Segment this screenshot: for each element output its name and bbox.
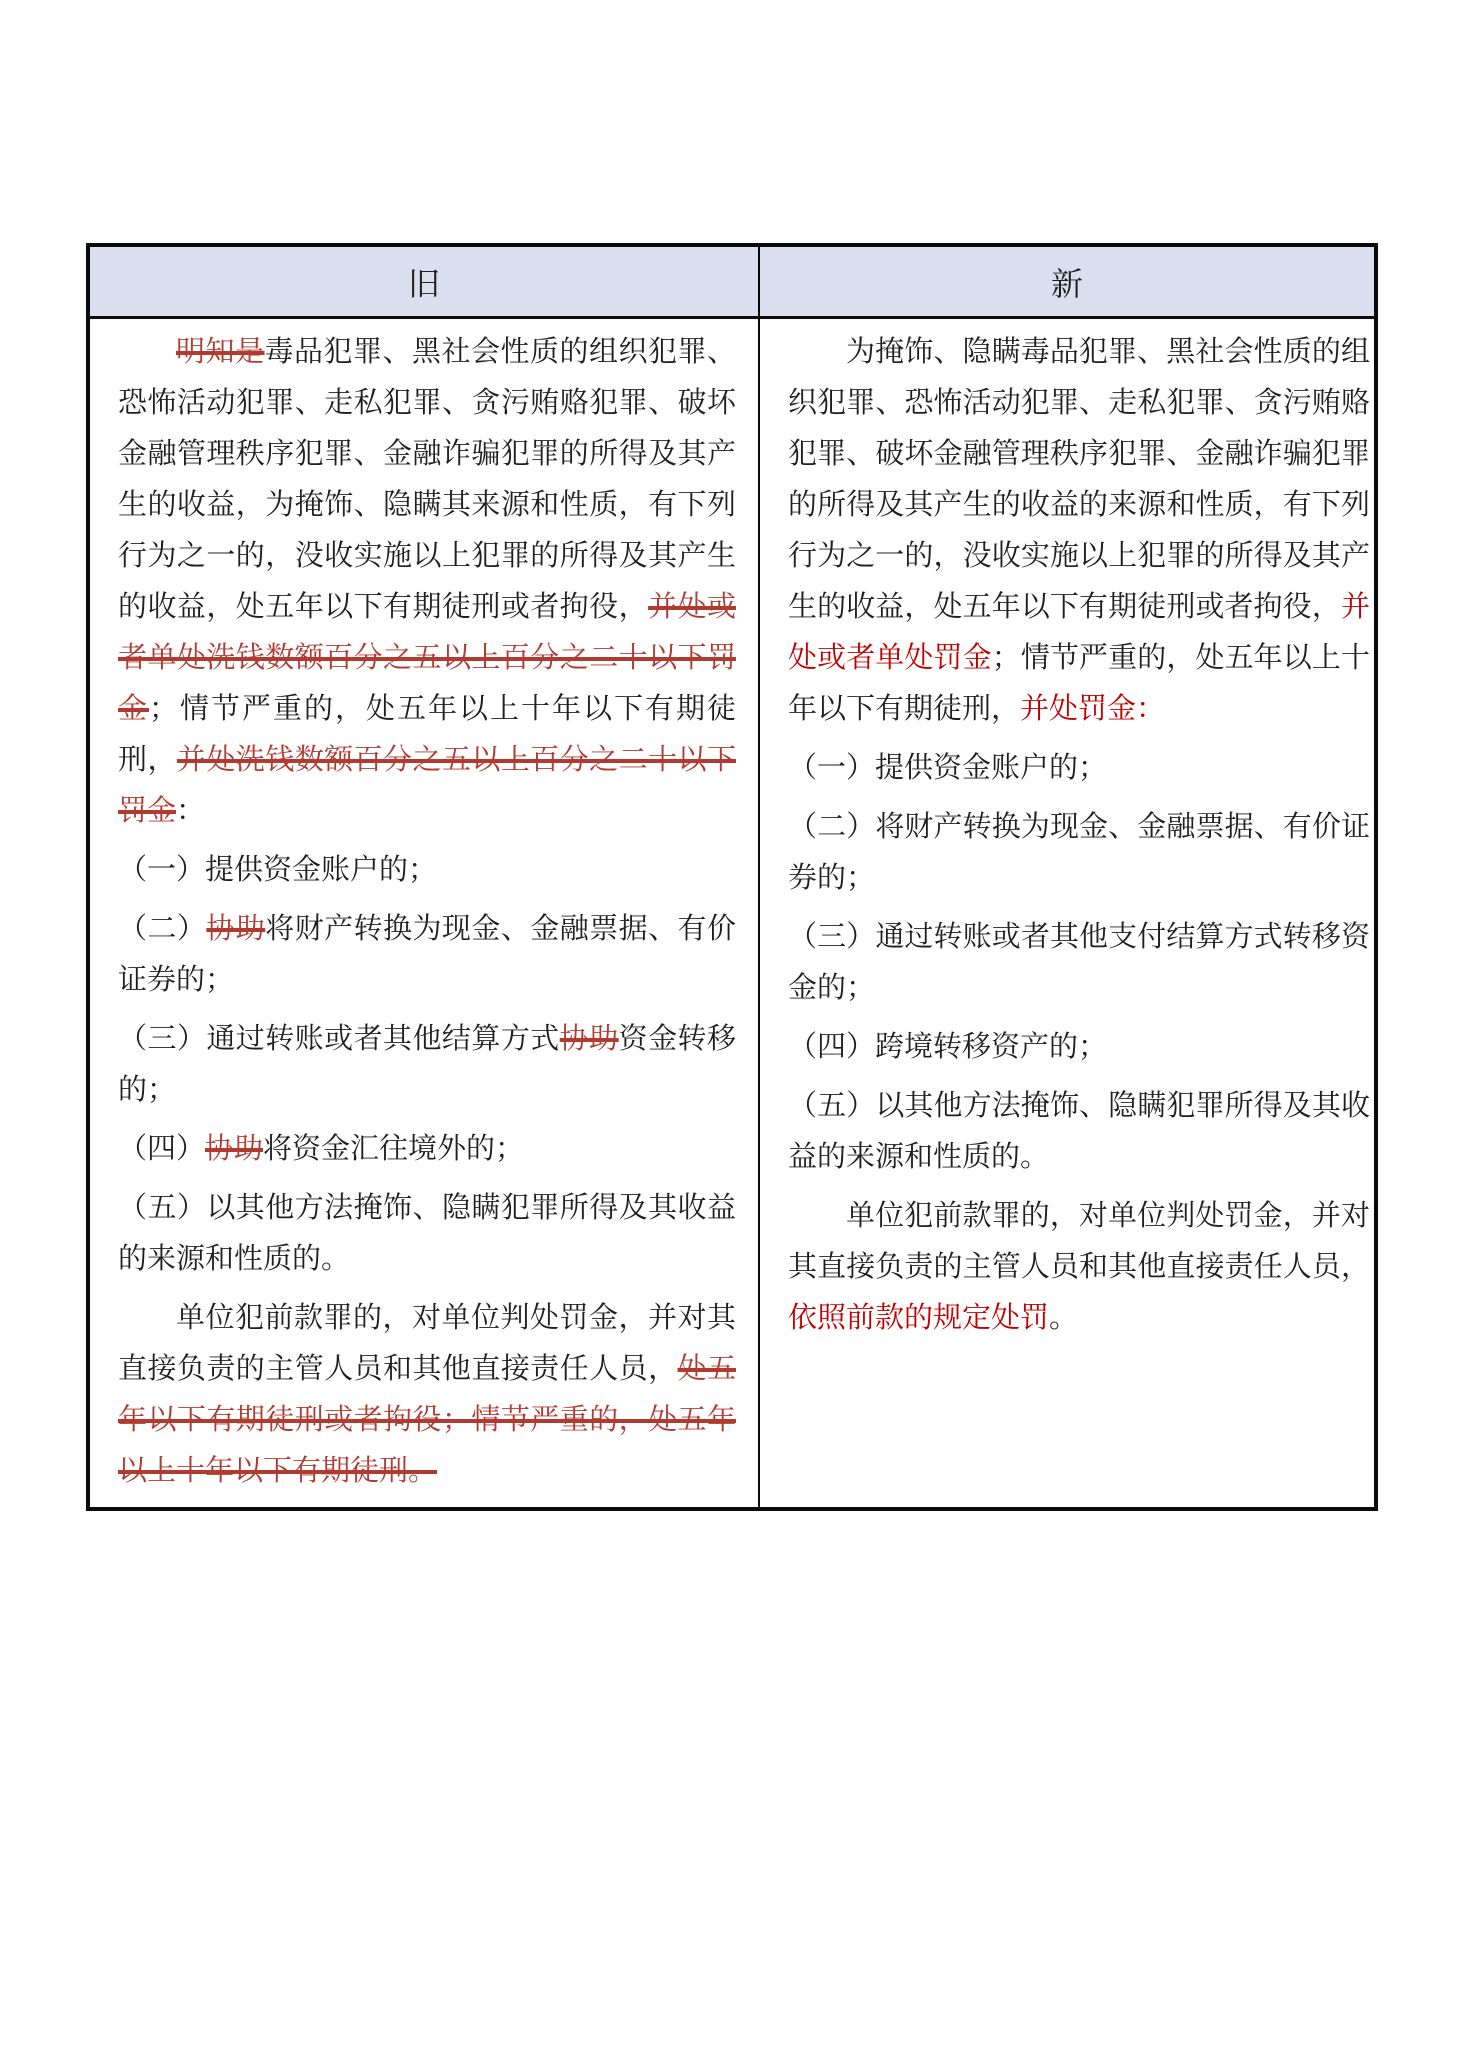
paragraph: （一）提供资金账户的； [788,743,1370,794]
body-text: （五）以其他方法掩饰、隐瞒犯罪所得及其收益的来源和性质的。 [118,1192,736,1275]
body-text: 为掩饰、隐瞒毒品犯罪、黑社会性质的组织犯罪、恐怖活动犯罪、走私犯罪、贪污贿赂犯罪… [788,336,1370,623]
body-text: （二）将财产转换为现金、金融票据、有价证券的； [788,811,1370,894]
column-old: 旧 明知是毒品犯罪、黑社会性质的组织犯罪、恐怖活动犯罪、走私犯罪、贪污贿赂犯罪、… [90,247,758,1507]
body-text: （一）提供资金账户的； [118,854,437,886]
body-text: （四） [118,1133,205,1165]
column-header-new: 新 [760,247,1374,319]
paragraph: （二）将财产转换为现金、金融票据、有价证券的； [788,802,1370,904]
body-text: （一）提供资金账户的； [788,752,1107,784]
deleted-text: 协助 [560,1023,619,1055]
deleted-text: 协助 [205,1133,263,1165]
body-text: 。 [1049,1302,1078,1334]
column-new: 新 为掩饰、隐瞒毒品犯罪、黑社会性质的组织犯罪、恐怖活动犯罪、走私犯罪、贪污贿赂… [758,247,1374,1507]
body-text: 单位犯前款罪的，对单位判处罚金，并对其直接负责的主管人员和其他直接责任人员， [118,1302,736,1385]
paragraph: 单位犯前款罪的，对单位判处罚金，并对其直接负责的主管人员和其他直接责任人员，处五… [118,1293,736,1497]
paragraph: （四）协助将资金汇往境外的； [118,1124,736,1175]
document-page: 旧 明知是毒品犯罪、黑社会性质的组织犯罪、恐怖活动犯罪、走私犯罪、贪污贿赂犯罪、… [0,0,1464,2070]
added-text: 依照前款的规定处罚 [788,1302,1049,1334]
body-text: （四）跨境转移资产的； [788,1031,1107,1063]
deleted-text: 并处洗钱数额百分之五以上百分之二十以下罚金 [118,744,736,827]
comparison-table: 旧 明知是毒品犯罪、黑社会性质的组织犯罪、恐怖活动犯罪、走私犯罪、贪污贿赂犯罪、… [86,243,1378,1511]
paragraph: （五）以其他方法掩饰、隐瞒犯罪所得及其收益的来源和性质的。 [118,1183,736,1285]
paragraph: （一）提供资金账户的； [118,845,736,896]
added-text: 并处罚金： [1020,693,1165,725]
body-text: ： [176,795,205,827]
paragraph: （五）以其他方法掩饰、隐瞒犯罪所得及其收益的来源和性质的。 [788,1081,1370,1183]
old-text-cell: 明知是毒品犯罪、黑社会性质的组织犯罪、恐怖活动犯罪、走私犯罪、贪污贿赂犯罪、破坏… [90,319,758,1507]
deleted-text: 协助 [206,913,265,945]
new-text-cell: 为掩饰、隐瞒毒品犯罪、黑社会性质的组织犯罪、恐怖活动犯罪、走私犯罪、贪污贿赂犯罪… [760,319,1374,1507]
body-text: （三）通过转账或者其他支付结算方式转移资金的； [788,921,1370,1004]
body-text: 毒品犯罪、黑社会性质的组织犯罪、恐怖活动犯罪、走私犯罪、贪污贿赂犯罪、破坏金融管… [118,336,736,623]
paragraph: （三）通过转账或者其他结算方式协助资金转移的； [118,1014,736,1116]
deleted-text: 明知是 [176,336,265,368]
paragraph: （三）通过转账或者其他支付结算方式转移资金的； [788,912,1370,1014]
body-text: （三）通过转账或者其他结算方式 [118,1023,560,1055]
body-text: （五）以其他方法掩饰、隐瞒犯罪所得及其收益的来源和性质的。 [788,1090,1370,1173]
paragraph: 单位犯前款罪的，对单位判处罚金，并对其直接负责的主管人员和其他直接责任人员，依照… [788,1191,1370,1344]
body-text: （二） [118,913,206,945]
paragraph: 明知是毒品犯罪、黑社会性质的组织犯罪、恐怖活动犯罪、走私犯罪、贪污贿赂犯罪、破坏… [118,327,736,837]
paragraph: 为掩饰、隐瞒毒品犯罪、黑社会性质的组织犯罪、恐怖活动犯罪、走私犯罪、贪污贿赂犯罪… [788,327,1370,735]
paragraph: （四）跨境转移资产的； [788,1022,1370,1073]
body-text: 将资金汇往境外的； [263,1133,524,1165]
column-header-old: 旧 [90,247,758,319]
paragraph: （二）协助将财产转换为现金、金融票据、有价证券的； [118,904,736,1006]
body-text: 单位犯前款罪的，对单位判处罚金，并对其直接负责的主管人员和其他直接责任人员， [788,1200,1370,1283]
